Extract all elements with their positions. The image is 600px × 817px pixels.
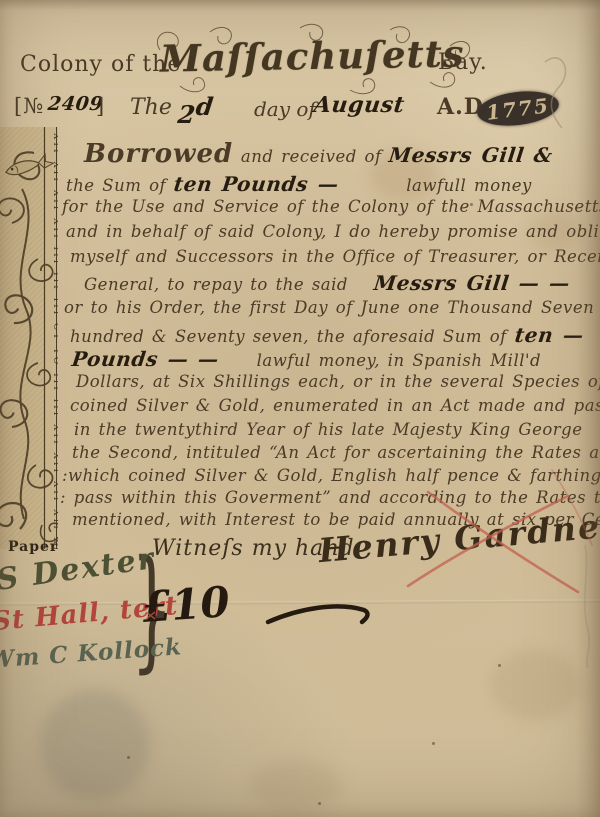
handwritten-text: Messrs Gill — — [372, 271, 571, 295]
body-line: myself and Successors in the Office of T… [70, 247, 600, 266]
colony-prefix: Colony of the [20, 52, 181, 77]
amount-dash [268, 606, 368, 622]
ghost-writing [585, 545, 589, 668]
paper-stain [40, 690, 150, 800]
printed-text: hundred & Seventy seven, the aforesaid S… [70, 327, 507, 346]
printed-text: lawfull money [406, 176, 532, 195]
body-line: Borrowed and received of Messrs Gill & [84, 139, 553, 169]
body-line: in the twentythird Year of his late Maje… [74, 420, 583, 439]
body-line: General, to repay to the said Messrs Gil… [84, 271, 570, 295]
paper-stain [250, 760, 340, 810]
paper-speck [127, 756, 130, 759]
paper-speck [318, 802, 321, 805]
date-day: 2d [178, 92, 213, 129]
body-line: Pounds — — lawful money, in Spanish Mill… [72, 347, 541, 371]
body-line: : pass within this Goverment” and accord… [60, 488, 600, 507]
amount-value: £10 [140, 577, 231, 632]
printed-text: General, to repay to the said [84, 275, 348, 294]
paper-speck [498, 664, 501, 667]
date-day-of: day of [254, 97, 316, 121]
colony-suffix: Bay. [438, 50, 488, 75]
date-month: August [312, 92, 406, 118]
handwritten-text: Messrs Gill & [388, 143, 555, 167]
certificate-number-open: [№ [14, 94, 44, 118]
colony-name: Maſſachuſetts [160, 31, 465, 80]
body-line: Dollars, at Six Shillings each, or in th… [76, 372, 600, 391]
printed-text: Borrowed [84, 139, 233, 169]
certificate-number-close: ] [96, 94, 105, 118]
body-line: the Second, intituled “An Act for ascert… [72, 443, 600, 462]
denomination-column: XII XII XII XII III III III CT TO III II… [51, 133, 58, 549]
body-line: hundred & Seventy seven, the aforesaid S… [70, 323, 583, 347]
printed-text: and received of [241, 147, 382, 166]
date-day-suffix: d [194, 92, 215, 121]
border-engraving: XII XII XII XII III III III CT TO III II… [0, 127, 58, 549]
paper-speck [432, 742, 435, 745]
document-page: XII XII XII XII III III III CT TO III II… [0, 0, 600, 817]
paper-stain [490, 650, 580, 720]
handwritten-text: ten Pounds — [172, 172, 340, 196]
body-line: coined Silver & Gold, enumerated in an A… [70, 396, 600, 415]
body-line: and in behalf of said Colony, I do hereb… [66, 222, 600, 241]
date-the: The [130, 95, 172, 120]
body-line: the Sum of ten Pounds — lawfull money [66, 172, 532, 196]
handwritten-text: ten — [513, 323, 585, 347]
body-line: or to his Order, the first Day of June o… [64, 298, 594, 317]
handwritten-text: Pounds — — [71, 347, 221, 371]
paper-label: Paper [8, 539, 58, 555]
printed-text: the Sum of [66, 176, 166, 195]
body-line: for the Use and Service of the Colony of… [62, 197, 600, 216]
body-line: :which coined Silver & Gold, English hal… [62, 466, 600, 485]
printed-text: lawful money, in Spanish Mill'd [257, 351, 542, 370]
